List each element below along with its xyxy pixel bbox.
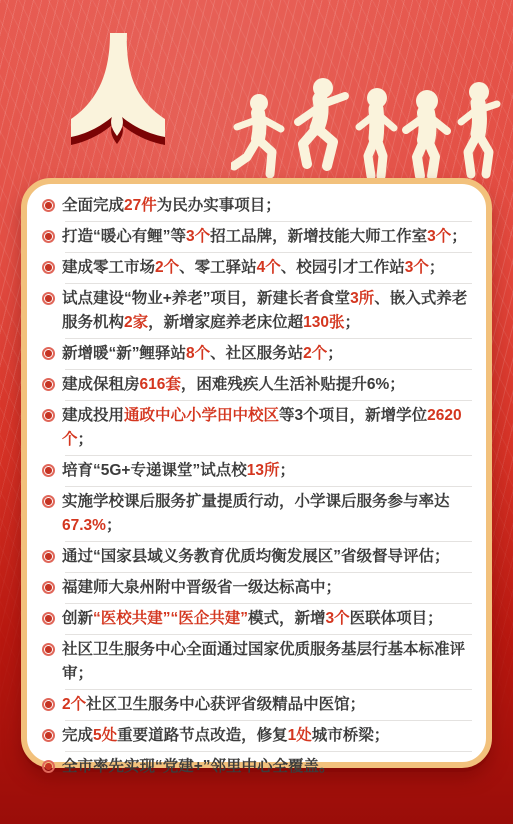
achievements-card: 全面完成27件为民办实事项目；打造“暖心有鲤”等3个招工品牌，新增技能大师工作室… — [21, 178, 492, 768]
list-item-text: 实施学校课后服务扩量提质行动，小学课后服务参与率达67.3%； — [62, 490, 474, 538]
list-item: 全面完成27件为民办实事项目； — [39, 191, 474, 221]
list-item: 创新“医校共建”“医企共建”模式，新增3个医联体项目； — [39, 604, 474, 634]
list-item-text: 通过“国家县域义务教育优质均衡发展区”省级督导评估； — [62, 545, 450, 569]
target-bullet-icon — [42, 199, 55, 212]
list-item-text: 建成零工市场2个、零工驿站4个、校园引才工作站3个； — [62, 256, 444, 280]
list-item-text: 试点建设“物业+养老”项目，新建长者食堂3所、嵌入式养老服务机构2家，新增家庭养… — [62, 287, 474, 335]
list-item: 打造“暖心有鲤”等3个招工品牌，新增技能大师工作室3个； — [39, 222, 474, 252]
list-item: 新增暖“新”鲤驿站8个、社区服务站2个； — [39, 339, 474, 369]
target-bullet-icon — [42, 729, 55, 742]
running-child-icon — [298, 78, 345, 166]
list-item-text: 社区卫生服务中心全面通过国家优质服务基层行基本标准评审； — [62, 638, 474, 686]
list-item: 福建师大泉州附中晋级省一级达标高中； — [39, 573, 474, 603]
target-bullet-icon — [42, 698, 55, 711]
target-bullet-icon — [42, 347, 55, 360]
list-item-text: 建成投用通政中心小学田中校区等3个项目，新增学位2620个； — [62, 404, 474, 452]
target-bullet-icon — [42, 581, 55, 594]
running-child-icon — [461, 82, 497, 174]
target-bullet-icon — [42, 495, 55, 508]
list-item: 实施学校课后服务扩量提质行动，小学课后服务参与率达67.3%； — [39, 487, 474, 541]
running-children-graphic — [231, 76, 507, 184]
target-bullet-icon — [42, 261, 55, 274]
list-item: 全市率先实现“党建+”邻里中心全覆盖。 — [39, 752, 474, 782]
list-item: 社区卫生服务中心全面通过国家优质服务基层行基本标准评审； — [39, 635, 474, 689]
running-child-icon — [234, 94, 281, 174]
target-bullet-icon — [42, 464, 55, 477]
list-item-text: 建成保租房616套，困难残疾人生活补贴提升6%； — [62, 373, 405, 397]
list-item: 2个社区卫生服务中心获评省级精品中医馆； — [39, 690, 474, 720]
list-item: 通过“国家县域义务教育优质均衡发展区”省级督导评估； — [39, 542, 474, 572]
target-bullet-icon — [42, 643, 55, 656]
list-item-text: 福建师大泉州附中晋级省一级达标高中； — [62, 576, 341, 600]
target-bullet-icon — [42, 230, 55, 243]
list-item-text: 创新“医校共建”“医企共建”模式，新增3个医联体项目； — [62, 607, 443, 631]
target-bullet-icon — [42, 550, 55, 563]
running-child-icon — [406, 90, 447, 176]
list-item-text: 培育“5G+专递课堂”试点校13所； — [62, 459, 295, 483]
running-child-icon — [359, 88, 394, 176]
list-item-text: 打造“暖心有鲤”等3个招工品牌，新增技能大师工作室3个； — [62, 225, 467, 249]
target-bullet-icon — [42, 612, 55, 625]
achievement-list: 全面完成27件为民办实事项目；打造“暖心有鲤”等3个招工品牌，新增技能大师工作室… — [39, 191, 474, 755]
list-item: 建成保租房616套，困难残疾人生活补贴提升6%； — [39, 370, 474, 400]
list-item-text: 新增暖“新”鲤驿站8个、社区服务站2个； — [62, 342, 343, 366]
list-item: 建成投用通政中心小学田中校区等3个项目，新增学位2620个； — [39, 401, 474, 455]
list-item: 试点建设“物业+养老”项目，新建长者食堂3所、嵌入式养老服务机构2家，新增家庭养… — [39, 284, 474, 338]
target-bullet-icon — [42, 409, 55, 422]
list-item: 完成5处重要道路节点改造，修复1处城市桥梁； — [39, 721, 474, 751]
list-item: 建成零工市场2个、零工驿站4个、校园引才工作站3个； — [39, 253, 474, 283]
list-item-text: 完成5处重要道路节点改造，修复1处城市桥梁； — [62, 724, 389, 748]
list-item-text: 全市率先实现“党建+”邻里中心全覆盖。 — [62, 755, 335, 779]
target-bullet-icon — [42, 292, 55, 305]
list-item: 培育“5G+专递课堂”试点校13所； — [39, 456, 474, 486]
header-graphics — [0, 0, 513, 185]
list-item-text: 2个社区卫生服务中心获评省级精品中医馆； — [62, 693, 365, 717]
poster-stage: 全面完成27件为民办实事项目；打造“暖心有鲤”等3个招工品牌，新增技能大师工作室… — [0, 0, 513, 824]
target-bullet-icon — [42, 760, 55, 773]
list-item-text: 全面完成27件为民办实事项目； — [62, 194, 281, 218]
ren-character-graphic — [68, 33, 166, 155]
target-bullet-icon — [42, 378, 55, 391]
